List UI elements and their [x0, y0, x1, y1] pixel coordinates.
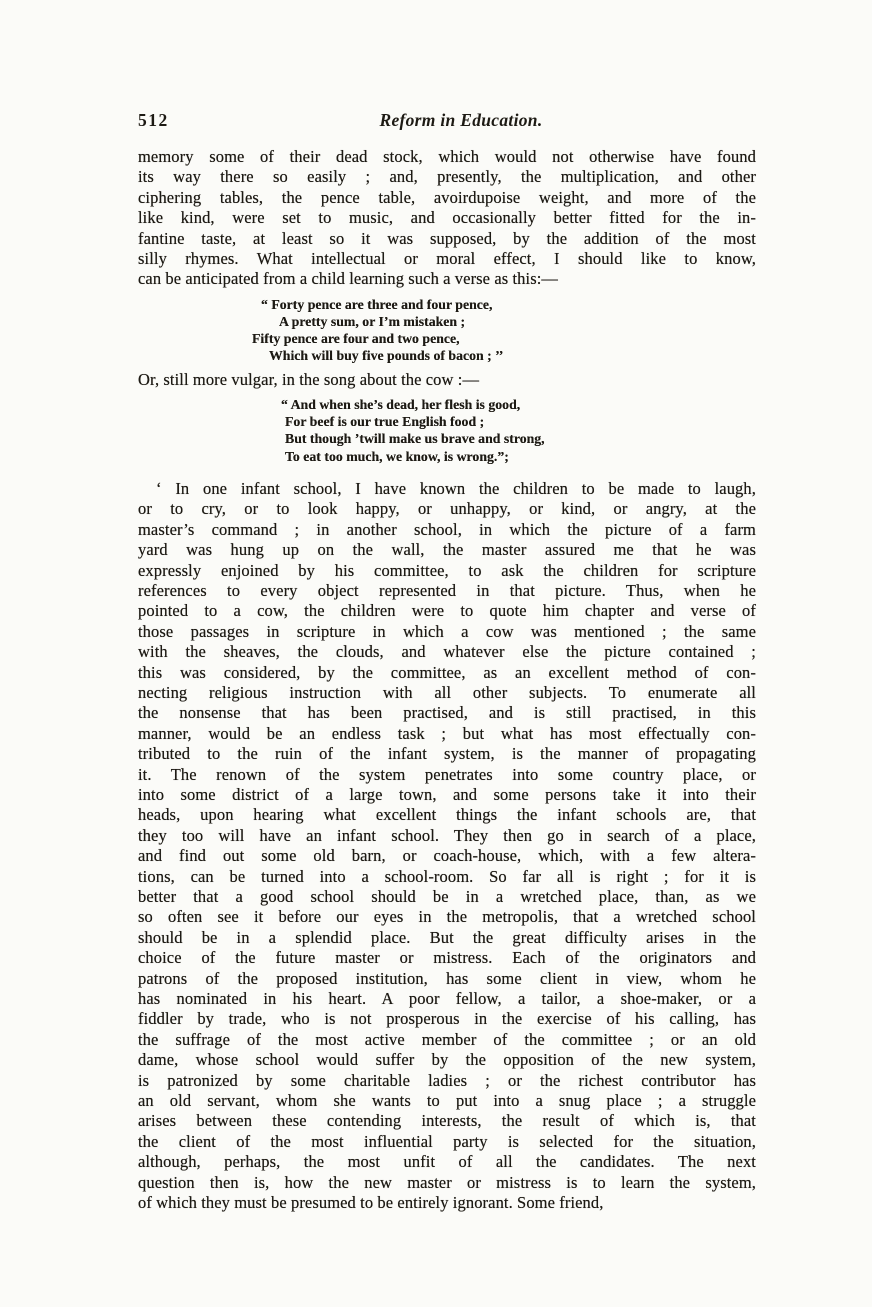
text-line: arises between these contending interest…	[138, 1111, 756, 1131]
text-line: like kind, were set to music, and occasi…	[138, 208, 756, 228]
text-line: of which they must be presumed to be ent…	[138, 1193, 756, 1213]
verse-cow-song: “ And when she’s dead, her flesh is good…	[138, 396, 756, 465]
text-line: To eat too much, we know, is wrong.”;	[138, 448, 756, 465]
text-line: patrons of the proposed institution, has…	[138, 969, 756, 989]
transition-line: Or, still more vulgar, in the song about…	[138, 370, 756, 390]
text-line: they too will have an infant school. The…	[138, 826, 756, 846]
text-line: the nonsense that has been practised, an…	[138, 703, 756, 723]
text-line: an old servant, whom she wants to put in…	[138, 1091, 756, 1111]
text-line: or to cry, or to look happy, or unhappy,…	[138, 499, 756, 519]
text-line: so often see it before our eyes in the m…	[138, 907, 756, 927]
page-header: 512 Reform in Education.	[138, 110, 756, 136]
text-line: silly rhymes. What intellectual or moral…	[138, 249, 756, 269]
text-line: references to every object represented i…	[138, 581, 756, 601]
text-line: the client of the most influential party…	[138, 1132, 756, 1152]
text-line: ciphering tables, the pence table, avoir…	[138, 188, 756, 208]
text-line: better that a good school should be in a…	[138, 887, 756, 907]
text-line: it. The renown of the system penetrates …	[138, 765, 756, 785]
running-title: Reform in Education.	[152, 110, 770, 131]
text-line: has nominated in his heart. A poor fello…	[138, 989, 756, 1009]
text-line: its way there so easily ; and, presently…	[138, 167, 756, 187]
text-line: master’s command ; in another school, in…	[138, 520, 756, 540]
text-line: tributed to the ruin of the infant syste…	[138, 744, 756, 764]
text-line: memory some of their dead stock, which w…	[138, 147, 756, 167]
text-line: is patronized by some charitable ladies …	[138, 1071, 756, 1091]
main-paragraph: ‘ In one infant school, I have known the…	[138, 479, 756, 1214]
text-line: can be anticipated from a child learning…	[138, 269, 756, 289]
text-line: Fifty pence are four and two pence,	[138, 330, 756, 347]
text-line: ‘ In one infant school, I have known the…	[138, 479, 756, 499]
text-line: tions, can be turned into a school-room.…	[138, 867, 756, 887]
text-line: “ And when she’s dead, her flesh is good…	[138, 396, 756, 413]
text-line: dame, whose school would suffer by the o…	[138, 1050, 756, 1070]
text-line: fiddler by trade, who is not prosperous …	[138, 1009, 756, 1029]
text-line: necting religious instruction with all o…	[138, 683, 756, 703]
book-page: 512 Reform in Education. memory some of …	[0, 0, 872, 1307]
text-line: heads, upon hearing what excellent thing…	[138, 805, 756, 825]
text-line: manner, would be an endless task ; but w…	[138, 724, 756, 744]
text-line: the suffrage of the most active member o…	[138, 1030, 756, 1050]
text-line: Which will buy five pounds of bacon ; ’’	[138, 347, 756, 364]
text-line: although, perhaps, the most unfit of all…	[138, 1152, 756, 1172]
text-line: For beef is our true English food ;	[138, 413, 756, 430]
text-line: Or, still more vulgar, in the song about…	[138, 370, 756, 390]
text-line: choice of the future master or mistress.…	[138, 948, 756, 968]
text-line: expressly enjoined by his committee, to …	[138, 561, 756, 581]
text-line: this was considered, by the committee, a…	[138, 663, 756, 683]
text-line: A pretty sum, or I’m mistaken ;	[138, 313, 756, 330]
text-line: fantine taste, at least so it was suppos…	[138, 229, 756, 249]
text-blocks: memory some of their dead stock, which w…	[138, 147, 756, 1214]
text-line: yard was hung up on the wall, the master…	[138, 540, 756, 560]
text-line: with the sheaves, the clouds, and whatev…	[138, 642, 756, 662]
opening-paragraph: memory some of their dead stock, which w…	[138, 147, 756, 290]
text-line: pointed to a cow, the children were to q…	[138, 601, 756, 621]
text-line: “ Forty pence are three and four pence,	[138, 296, 756, 313]
text-line: those passages in scripture in which a c…	[138, 622, 756, 642]
text-line: into some district of a large town, and …	[138, 785, 756, 805]
text-line: question then is, how the new master or …	[138, 1173, 756, 1193]
text-line: and find out some old barn, or coach-hou…	[138, 846, 756, 866]
text-line: But though ’twill make us brave and stro…	[138, 430, 756, 447]
verse-forty-pence: “ Forty pence are three and four pence,A…	[138, 296, 756, 365]
text-line: should be in a splendid place. But the g…	[138, 928, 756, 948]
